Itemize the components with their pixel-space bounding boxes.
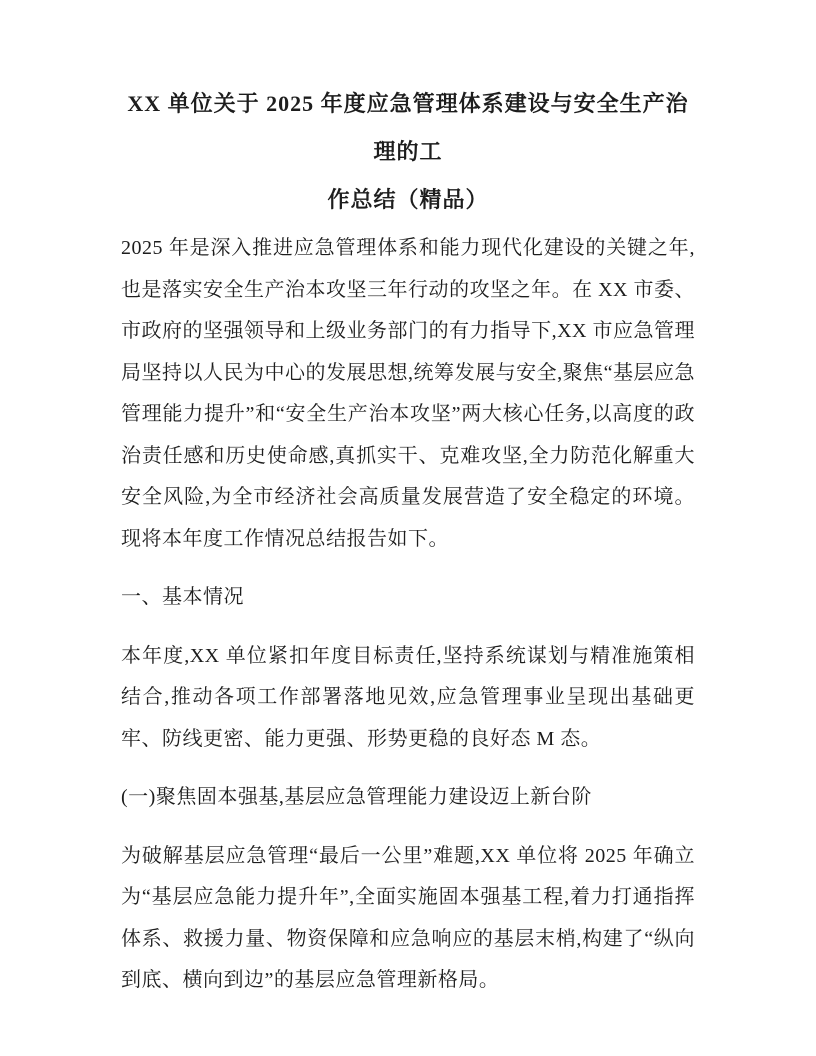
document-title-line-1: XX 单位关于 2025 年度应急管理体系建设与安全生产治理的工 xyxy=(121,80,695,176)
subsection-1-heading: (一)聚焦固本强基,基层应急管理能力建设迈上新台阶 xyxy=(121,777,695,819)
section-1-paragraph: 本年度,XX 单位紧扣年度目标责任,坚持系统谋划与精准施策相结合,推动各项工作部… xyxy=(121,636,695,761)
subsection-1-paragraph: 为破解基层应急管理“最后一公里”难题,XX 单位将 2025 年确立为“基层应急… xyxy=(121,836,695,1002)
document-title-line-2: 作总结（精品） xyxy=(121,176,695,224)
document-title: XX 单位关于 2025 年度应急管理体系建设与安全生产治理的工 作总结（精品） xyxy=(121,80,695,224)
section-1-heading: 一、基本情况 xyxy=(121,577,695,619)
intro-paragraph: 2025 年是深入推进应急管理体系和能力现代化建设的关键之年,也是落实安全生产治… xyxy=(121,228,695,560)
document-page: XX 单位关于 2025 年度应急管理体系建设与安全生产治理的工 作总结（精品）… xyxy=(0,0,816,1056)
